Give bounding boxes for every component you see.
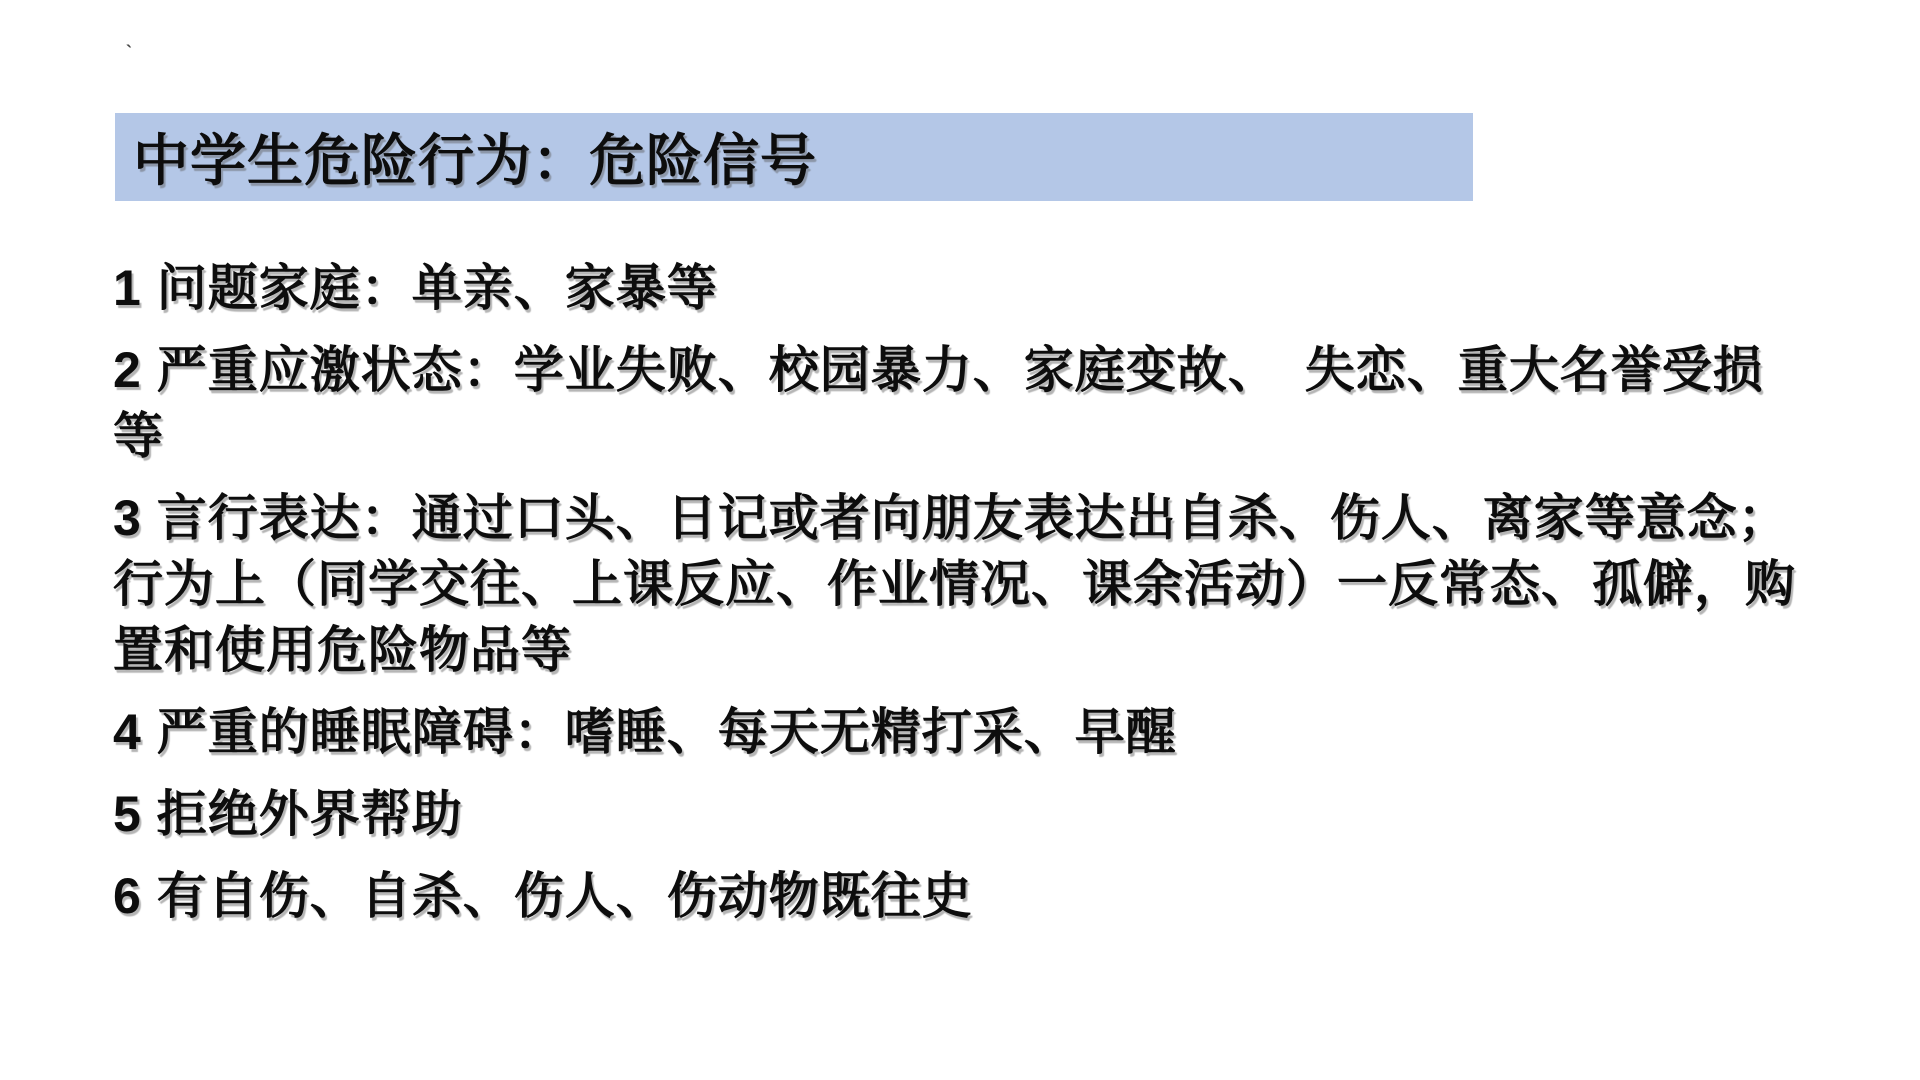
danger-signal-list: 1 问题家庭：单亲、家暴等 2 严重应激状态：学业失败、校园暴力、家庭变故、 失…: [113, 255, 1813, 945]
stray-tick-mark: `: [126, 42, 132, 63]
slide-canvas: ` 中学生危险行为：危险信号 1 问题家庭：单亲、家暴等 2 严重应激状态：学业…: [0, 0, 1920, 1080]
list-item-3: 3 言行表达：通过口头、日记或者向朋友表达出自杀、伤人、离家等意念；行为上（同学…: [113, 485, 1813, 683]
slide-title: 中学生危险行为：危险信号: [115, 117, 817, 197]
list-item-6: 6 有自伤、自杀、伤人、伤动物既往史: [113, 863, 1813, 929]
list-item-5: 5 拒绝外界帮助: [113, 781, 1813, 847]
list-item-4: 4 严重的睡眠障碍：嗜睡、每天无精打采、早醒: [113, 699, 1813, 765]
list-item-1: 1 问题家庭：单亲、家暴等: [113, 255, 1813, 321]
title-bar: 中学生危险行为：危险信号: [115, 113, 1473, 201]
list-item-2: 2 严重应激状态：学业失败、校园暴力、家庭变故、 失恋、重大名誉受损等: [113, 337, 1813, 469]
